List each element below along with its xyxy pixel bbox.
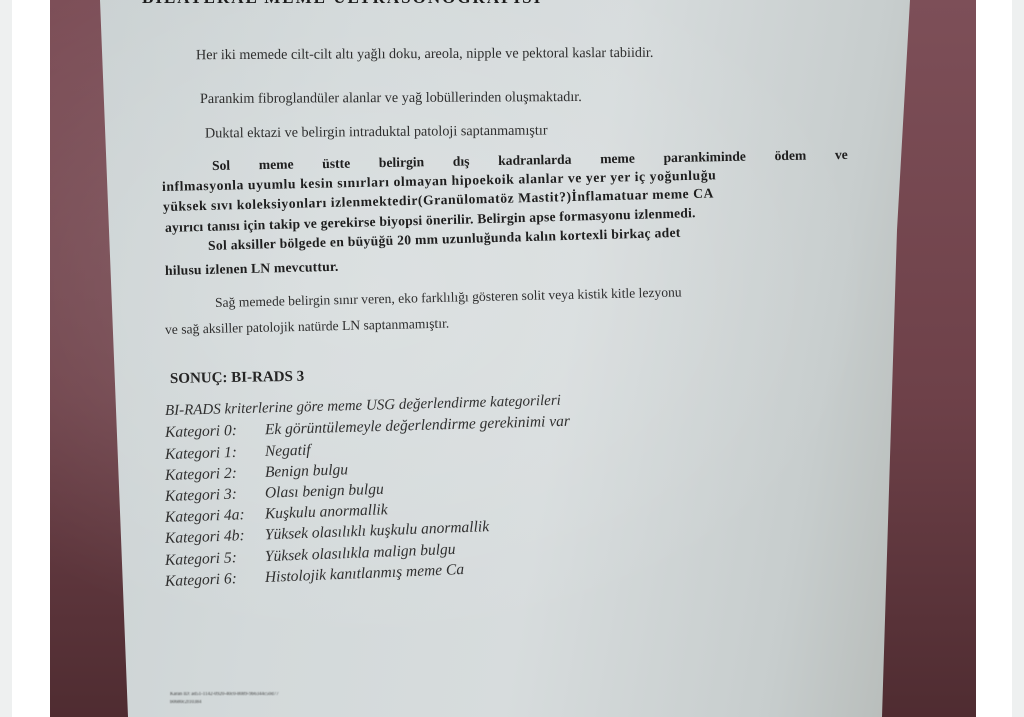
right-breast-line-2: ve sağ aksiller patolojik natürde LN sap… <box>165 316 450 338</box>
document-id-line-2: b0680c2f10384 <box>170 700 201 705</box>
report-content: BİLATERAL MEME ULTRASONOGRAFİSİ Her iki … <box>50 0 976 717</box>
left-page-margin <box>0 0 12 717</box>
word: ve <box>835 147 848 163</box>
word: kadranlarda <box>498 152 572 169</box>
report-title: BİLATERAL MEME ULTRASONOGRAFİSİ <box>142 0 542 8</box>
category-label: Kategori 0: <box>165 421 265 442</box>
right-breast-line-1: Sağ memede belirgin sınır veren, eko far… <box>215 284 682 311</box>
category-row: Kategori 1:Negatif <box>165 442 311 464</box>
category-description: Benign bulgu <box>265 461 349 482</box>
category-label: Kategori 5: <box>165 548 266 570</box>
category-description: Olası benign bulgu <box>265 481 384 503</box>
word: meme <box>259 157 294 174</box>
category-description: Ek görüntülemeyle değerlendirme gerekini… <box>265 413 570 440</box>
category-label: Kategori 6: <box>165 569 266 591</box>
paragraph-parenchyma: Parankim fibroglandüler alanlar ve yağ l… <box>200 89 582 108</box>
result-birads: SONUÇ: BI-RADS 3 <box>170 369 304 388</box>
category-description: Kuşkulu anormallik <box>265 501 388 523</box>
word: Sol <box>212 158 230 174</box>
word: dış <box>453 154 470 170</box>
category-row: Kategori 2:Benign bulgu <box>165 461 349 485</box>
category-label: Kategori 4b: <box>165 526 266 548</box>
category-label: Kategori 3: <box>165 485 266 506</box>
category-label: Kategori 2: <box>165 464 266 485</box>
paragraph-ductal: Duktal ektazi ve belirgin intraduktal pa… <box>205 123 548 143</box>
category-label: Kategori 1: <box>165 443 265 464</box>
word: ödem <box>774 148 806 165</box>
category-description: Negatif <box>265 442 311 461</box>
finding-line-6: hilusu izlenen LN mevcuttur. <box>165 259 339 279</box>
category-label: Kategori 4a: <box>165 506 266 527</box>
word: belirgin <box>379 154 425 171</box>
finding-line-1: Sol meme üstte belirgin dış kadranlarda … <box>212 147 848 174</box>
word: üstte <box>322 156 350 172</box>
image-viewer: BİLATERAL MEME ULTRASONOGRAFİSİ Her iki … <box>0 0 1024 717</box>
word: parankiminde <box>663 149 746 166</box>
right-page-margin <box>1012 0 1024 717</box>
document-id-line-1: Karan ID: ad51-1142-0920-40c0-8089-9b634… <box>170 692 279 697</box>
word: meme <box>600 151 635 168</box>
paragraph-skin: Her iki memede cilt-cilt altı yağlı doku… <box>196 45 653 64</box>
document-photo: BİLATERAL MEME ULTRASONOGRAFİSİ Her iki … <box>50 0 976 717</box>
